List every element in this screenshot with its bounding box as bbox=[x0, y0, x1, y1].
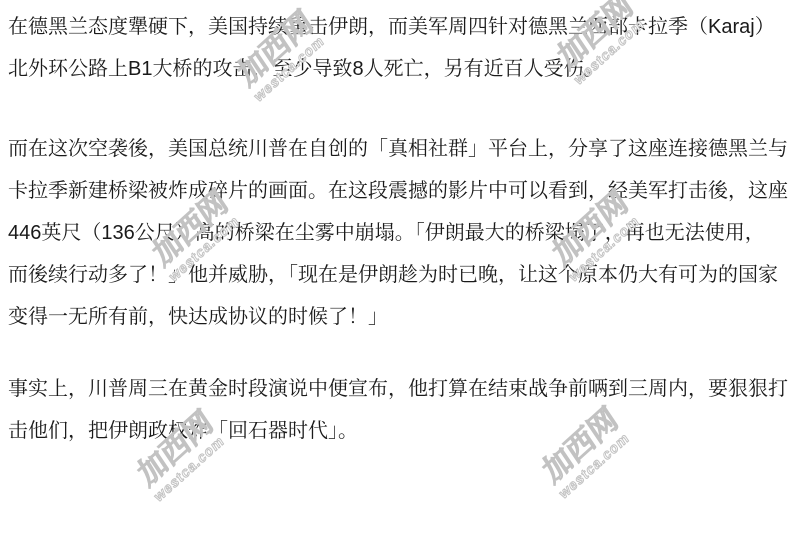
text-line: 击他们，把伊朗政权炸「回石器时代」。 bbox=[8, 410, 792, 452]
article-body: 在德黑兰态度犟硬下，美国持续重击伊朗，而美军周四针对德黑兰西部卡拉季（Karaj… bbox=[0, 0, 800, 452]
text-line: 446英尺（136公尺）高的桥梁在尘雾中崩塌。「伊朗最大的桥梁塌了，再也无法使用… bbox=[8, 212, 792, 254]
text-line: 变得一无所有前，快达成协议的时候了！」 bbox=[8, 296, 792, 338]
text-line: 在德黑兰态度犟硬下，美国持续重击伊朗，而美军周四针对德黑兰西部卡拉季（Karaj… bbox=[8, 6, 792, 48]
article-page: { "page": { "background_color": "#ffffff… bbox=[0, 0, 800, 536]
text-line: 北外环公路上B1大桥的攻击，至少导致8人死亡，另有近百人受伤。 bbox=[8, 48, 792, 90]
paragraph: 而在这次空袭後，美国总统川普在自创的「真相社群」平台上，分享了这座连接德黑兰与 … bbox=[8, 128, 792, 338]
paragraph: 在德黑兰态度犟硬下，美国持续重击伊朗，而美军周四针对德黑兰西部卡拉季（Karaj… bbox=[8, 6, 792, 90]
paragraph: 事实上，川普周三在黄金时段演说中便宣布，他打算在结束战争前唡到三周内，要狠狠打 … bbox=[8, 368, 792, 452]
text-line: 而後续行动多了！」他并威胁，「现在是伊朗趁为时已晚，让这个原本仍大有可为的国家 bbox=[8, 254, 792, 296]
text-line: 卡拉季新建桥梁被炸成碎片的画面。在这段震撼的影片中可以看到，经美军打击後，这座 bbox=[8, 170, 792, 212]
text-line: 事实上，川普周三在黄金时段演说中便宣布，他打算在结束战争前唡到三周内，要狠狠打 bbox=[8, 368, 792, 410]
text-line: 而在这次空袭後，美国总统川普在自创的「真相社群」平台上，分享了这座连接德黑兰与 bbox=[8, 128, 792, 170]
